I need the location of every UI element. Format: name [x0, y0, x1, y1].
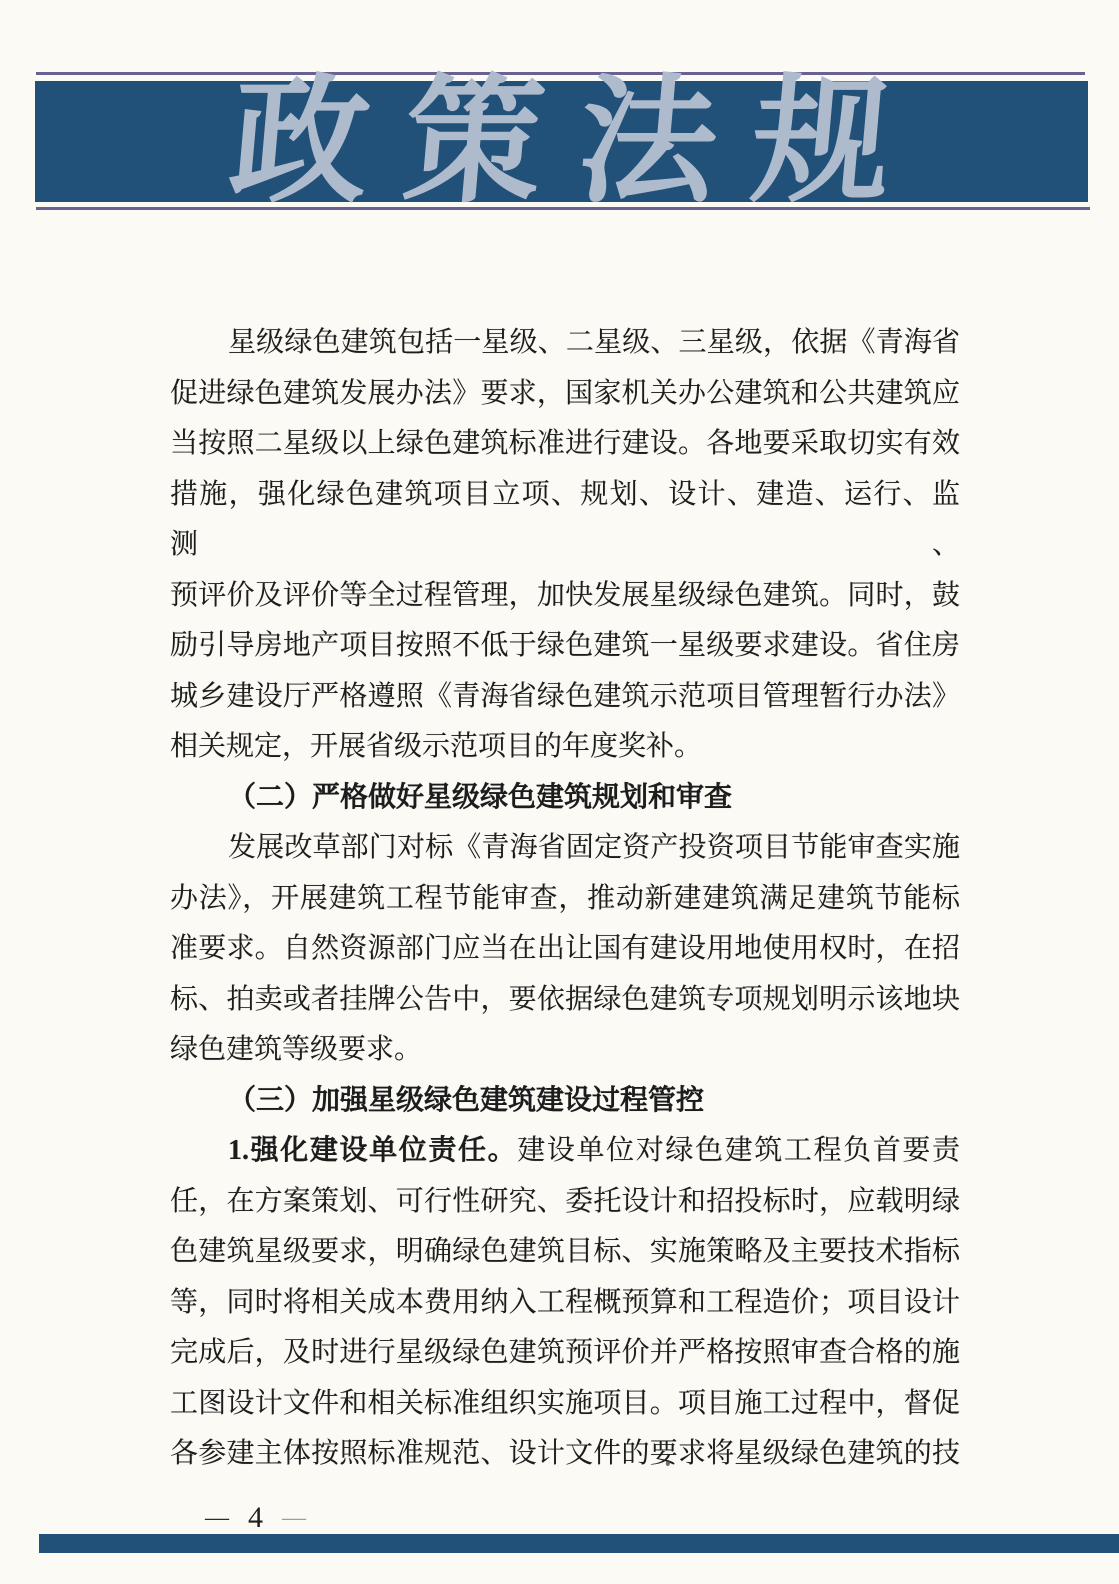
heading-line: （二）严格做好星级绿色建筑规划和审查	[170, 773, 960, 824]
text-run: 各参建主体按照标准规范、设计文件的要求将星级绿色建筑的技	[170, 1438, 960, 1469]
page-number-dash-left: —	[205, 1506, 229, 1530]
text-line: 绿色建筑等级要求。	[170, 1025, 960, 1076]
text-run: 预评价及评价等全过程管理，加快发展星级绿色建筑。同时，鼓	[170, 580, 960, 611]
text-run: 办法》，开展建筑工程节能审查，推动新建建筑满足建筑节能标	[170, 883, 960, 914]
text-line: 措施，强化绿色建筑项目立项、规划、设计、建造、运行、监测、	[170, 470, 960, 571]
text-line: 标、拍卖或者挂牌公告中，要依据绿色建筑专项规划明示该地块	[170, 975, 960, 1026]
text-line: 色建筑星级要求，明确绿色建筑目标、实施策略及主要技术指标	[170, 1227, 960, 1278]
page-number-dash-right: —	[282, 1506, 306, 1530]
page-number: — 4 —	[205, 1503, 306, 1533]
bold-text-run: （三）加强星级绿色建筑建设过程管控	[228, 1085, 704, 1116]
text-run: 星级绿色建筑包括一星级、二星级、三星级，依据《青海省	[228, 327, 960, 358]
text-line: 各参建主体按照标准规范、设计文件的要求将星级绿色建筑的技	[170, 1429, 960, 1480]
text-run: 励引导房地产项目按照不低于绿色建筑一星级要求建设。省住房	[170, 630, 960, 661]
text-run: 色建筑星级要求，明确绿色建筑目标、实施策略及主要技术指标	[170, 1236, 960, 1267]
text-line: 励引导房地产项目按照不低于绿色建筑一星级要求建设。省住房	[170, 621, 960, 672]
text-line: 发展改草部门对标《青海省固定资产投资项目节能审查实施	[170, 823, 960, 874]
text-line: 办法》，开展建筑工程节能审查，推动新建建筑满足建筑节能标	[170, 874, 960, 925]
text-line: 当按照二星级以上绿色建筑标准进行建设。各地要采取切实有效	[170, 419, 960, 470]
bold-text-run: （二）严格做好星级绿色建筑规划和审查	[228, 782, 732, 813]
text-line: 完成后，及时进行星级绿色建筑预评价并严格按照审查合格的施	[170, 1328, 960, 1379]
heading-line: （三）加强星级绿色建筑建设过程管控	[170, 1076, 960, 1127]
text-line: 1.强化建设单位责任。建设单位对绿色建筑工程负首要责	[170, 1126, 960, 1177]
text-run: 城乡建设厅严格遵照《青海省绿色建筑示范项目管理暂行办法》	[170, 681, 960, 712]
text-run: 促进绿色建筑发展办法》要求，国家机关办公建筑和公共建筑应	[170, 378, 960, 409]
page-title: 政策法规	[189, 73, 933, 211]
text-line: 等，同时将相关成本费用纳入工程概预算和工程造价；项目设计	[170, 1278, 960, 1329]
text-line: 星级绿色建筑包括一星级、二星级、三星级，依据《青海省	[170, 318, 960, 369]
text-run: 工图设计文件和相关标准组织实施项目。项目施工过程中，督促	[170, 1388, 960, 1419]
text-line: 城乡建设厅严格遵照《青海省绿色建筑示范项目管理暂行办法》	[170, 672, 960, 723]
footer-bar	[39, 1534, 1119, 1553]
text-line: 相关规定，开展省级示范项目的年度奖补。	[170, 722, 960, 773]
text-run: 相关规定，开展省级示范项目的年度奖补。	[170, 731, 702, 762]
text-run: 标、拍卖或者挂牌公告中，要依据绿色建筑专项规划明示该地块	[170, 984, 960, 1015]
text-run: 任，在方案策划、可行性研究、委托设计和招投标时，应载明绿	[170, 1186, 960, 1217]
text-line: 任，在方案策划、可行性研究、委托设计和招投标时，应载明绿	[170, 1177, 960, 1228]
text-line: 准要求。自然资源部门应当在出让国有建设用地使用权时，在招	[170, 924, 960, 975]
text-run: 绿色建筑等级要求。	[170, 1034, 422, 1065]
text-line: 预评价及评价等全过程管理，加快发展星级绿色建筑。同时，鼓	[170, 571, 960, 622]
text-run: 完成后，及时进行星级绿色建筑预评价并严格按照审查合格的施	[170, 1337, 960, 1368]
text-line: 促进绿色建筑发展办法》要求，国家机关办公建筑和公共建筑应	[170, 369, 960, 420]
banner-bottom-rule	[36, 207, 1090, 210]
body-text: 星级绿色建筑包括一星级、二星级、三星级，依据《青海省促进绿色建筑发展办法》要求，…	[170, 318, 960, 1480]
text-run: 措施，强化绿色建筑项目立项、规划、设计、建造、运行、监测、	[170, 479, 960, 561]
text-line: 工图设计文件和相关标准组织实施项目。项目施工过程中，督促	[170, 1379, 960, 1430]
page-number-value: 4	[248, 1503, 263, 1533]
text-run: 准要求。自然资源部门应当在出让国有建设用地使用权时，在招	[170, 933, 960, 964]
text-run: 建设单位对绿色建筑工程负首要责	[517, 1135, 960, 1166]
text-run: 发展改草部门对标《青海省固定资产投资项目节能审查实施	[228, 832, 960, 863]
text-run: 当按照二星级以上绿色建筑标准进行建设。各地要采取切实有效	[170, 428, 960, 459]
document-page: 政策法规 星级绿色建筑包括一星级、二星级、三星级，依据《青海省促进绿色建筑发展办…	[0, 0, 1119, 1584]
bold-text-run: 1.强化建设单位责任。	[228, 1135, 517, 1166]
title-banner: 政策法规	[35, 81, 1088, 202]
text-run: 等，同时将相关成本费用纳入工程概预算和工程造价；项目设计	[170, 1287, 960, 1318]
